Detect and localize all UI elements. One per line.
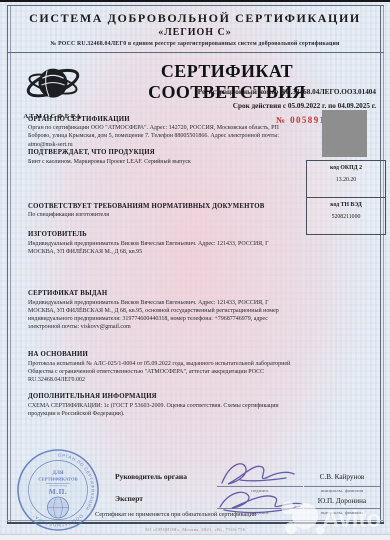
section-basis-heading: НА ОСНОВАНИИ <box>28 351 268 358</box>
section-additional-heading: ДОПОЛНИТЕЛЬНАЯ ИНФОРМАЦИЯ <box>28 393 268 400</box>
code-boxes: код ОКПД 2 13.20.20 код ТН ВЭД 520821100… <box>306 160 386 235</box>
frame-right-inner <box>383 5 384 523</box>
system-name: «ЛЕГИОН С» <box>10 27 380 38</box>
tnved-code-cell: код ТН ВЭД 5208211000 <box>307 197 385 234</box>
section-organ-body: Орган по сертификации ООО "АТМОСФЕРА". А… <box>28 124 280 149</box>
registration-number: Регистрационный номер RU.32468.04ЛЕГО.ОО… <box>198 88 376 96</box>
section-issued-body: Индивидуальный предприниматель Висков Вя… <box>28 299 292 332</box>
system-registry-note: № РОСС RU.32468.04ЛЕГ0 в едином реестре … <box>10 41 380 47</box>
head-role-label: Руководитель органа <box>115 472 187 481</box>
okpd-code-label: код ОКПД 2 <box>307 161 385 171</box>
stamp-line1: ДЛЯ <box>52 470 63 476</box>
avito-watermark-label: Avito <box>322 506 381 533</box>
certificate-footnote: Сертификат не применяется при обязательн… <box>95 511 256 518</box>
section-manufacturer-heading: ИЗГОТОВИТЕЛЬ <box>28 231 268 238</box>
header-divider <box>7 52 384 53</box>
okpd-code-cell: код ОКПД 2 13.20.20 <box>307 161 385 197</box>
certificate-page: СИСТЕМА ДОБРОВОЛЬНОЙ СЕРТИФИКАЦИИ «ЛЕГИО… <box>0 0 390 540</box>
expert-role-label: Эксперт <box>115 494 143 503</box>
section-product-heading: ПОДТВЕРЖДАЕТ, ЧТО ПРОДУКЦИЯ <box>28 149 268 156</box>
avito-logo-circle-small-bottom <box>285 522 297 534</box>
section-compliance-heading: СООТВЕТСТВУЕТ ТРЕБОВАНИЯМ НОРМАТИВНЫХ ДО… <box>28 203 298 210</box>
section-manufacturer-body: Индивидуальный предприниматель Висков Вя… <box>28 240 286 257</box>
section-basis-body: Протокола испытаний № АЛС-025/1-0004 от … <box>28 360 300 385</box>
frame-top <box>7 5 384 6</box>
tnved-code-label: код ТН ВЭД <box>307 198 385 208</box>
section-compliance-body: По спецификации изготовителя <box>28 211 280 219</box>
validity-period: Срок действия с 05.09.2022 г. по 04.09.2… <box>233 102 376 110</box>
section-additional-body: СХЕМА СЕРТИФИКАЦИИ: 1с (ГОСТ Р 53603-200… <box>28 402 294 419</box>
atmosfera-globe-logo-icon <box>24 57 82 115</box>
tnved-code-value: 5208211000 <box>307 208 385 220</box>
certificate-title: СЕРТИФИКАТ СООТВЕТСТВИЯ <box>88 61 366 103</box>
scan-edge-top <box>0 0 390 2</box>
okpd-code-value: 13.20.20 <box>307 171 385 183</box>
frame-right-outer <box>380 5 381 523</box>
frame-left-inner <box>10 5 11 523</box>
system-title: СИСТЕМА ДОБРОВОЛЬНОЙ СЕРТИФИКАЦИИ <box>10 11 380 26</box>
section-organ-heading: ОРГАН ПО СЕРТИФИКАЦИИ <box>28 116 268 123</box>
avito-watermark: Avito <box>280 496 388 538</box>
avito-logo-circle-small-top <box>282 502 295 515</box>
section-product-body: Бинт с каолином. Маркировка Проект LEAF.… <box>28 158 280 166</box>
qr-code-redacted <box>322 110 367 157</box>
stamp-mp: М.П. <box>49 487 67 496</box>
section-issued-heading: СЕРТИФИКАТ ВЫДАН <box>28 290 268 297</box>
stamp-line2: СЕРТИФИКАТОВ <box>38 477 77 482</box>
certification-stamp-icon: ОРГАН ПО СЕРТИФИКАЦИИ · ООО "АТМОСФЕРА" … <box>12 444 104 536</box>
frame-left-outer <box>7 5 8 523</box>
